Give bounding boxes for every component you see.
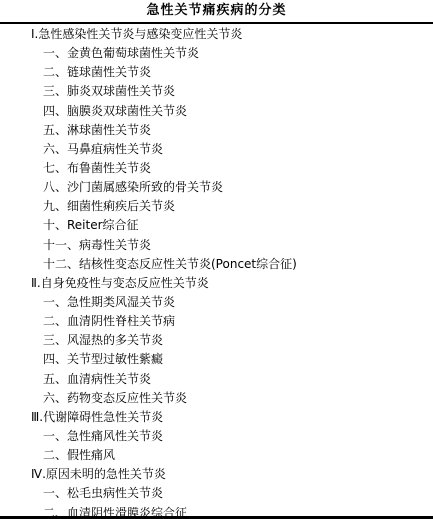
section-heading: Ⅱ.自身免疫性与变态反应性关节炎 bbox=[0, 274, 433, 293]
list-item: 五、淋球菌性关节炎 bbox=[0, 121, 433, 140]
list-item: 二、血清阴性脊柱关节病 bbox=[0, 312, 433, 331]
list-item: 三、风湿热的多关节炎 bbox=[0, 331, 433, 350]
list-item: 四、关节型过敏性紫癜 bbox=[0, 350, 433, 369]
list-item: 六、药物变态反应性关节炎 bbox=[0, 389, 433, 408]
section-heading: Ⅳ.原因未明的急性关节炎 bbox=[0, 465, 433, 484]
section-heading: Ⅲ.代谢障碍性急性关节炎 bbox=[0, 408, 433, 427]
list-item: 一、松毛虫病性关节炎 bbox=[0, 484, 433, 503]
list-item: 一、金黄色葡萄球菌性关节炎 bbox=[0, 44, 433, 63]
list-item: 二、链球菌性关节炎 bbox=[0, 63, 433, 82]
list-item: 三、肺炎双球菌性关节炎 bbox=[0, 82, 433, 101]
list-item: 十一、病毒性关节炎 bbox=[0, 236, 433, 255]
list-item: 十、Reiter综合征 bbox=[0, 216, 433, 235]
top-rule bbox=[0, 22, 433, 24]
list-item: 七、布鲁菌性关节炎 bbox=[0, 159, 433, 178]
list-item: 四、脑膜炎双球菌性关节炎 bbox=[0, 102, 433, 121]
list-item: 五、血清病性关节炎 bbox=[0, 370, 433, 389]
list-item: 二、假性痛风 bbox=[0, 446, 433, 465]
list-item: 八、沙门菌属感染所致的骨关节炎 bbox=[0, 178, 433, 197]
list-item: 一、急性期类风湿关节炎 bbox=[0, 293, 433, 312]
classification-list: Ⅰ.急性感染性关节炎与感染变应性关节炎 一、金黄色葡萄球菌性关节炎 二、链球菌性… bbox=[0, 25, 433, 519]
list-item: 一、急性痛风性关节炎 bbox=[0, 427, 433, 446]
table-title: 急性关节痛疾病的分类 bbox=[0, 2, 433, 20]
list-item: 十二、结核性变态反应性关节炎(Poncet综合征) bbox=[0, 255, 433, 274]
list-item: 九、细菌性痢疾后关节炎 bbox=[0, 197, 433, 216]
section-heading: Ⅰ.急性感染性关节炎与感染变应性关节炎 bbox=[0, 25, 433, 44]
list-item: 六、马鼻疽病性关节炎 bbox=[0, 140, 433, 159]
